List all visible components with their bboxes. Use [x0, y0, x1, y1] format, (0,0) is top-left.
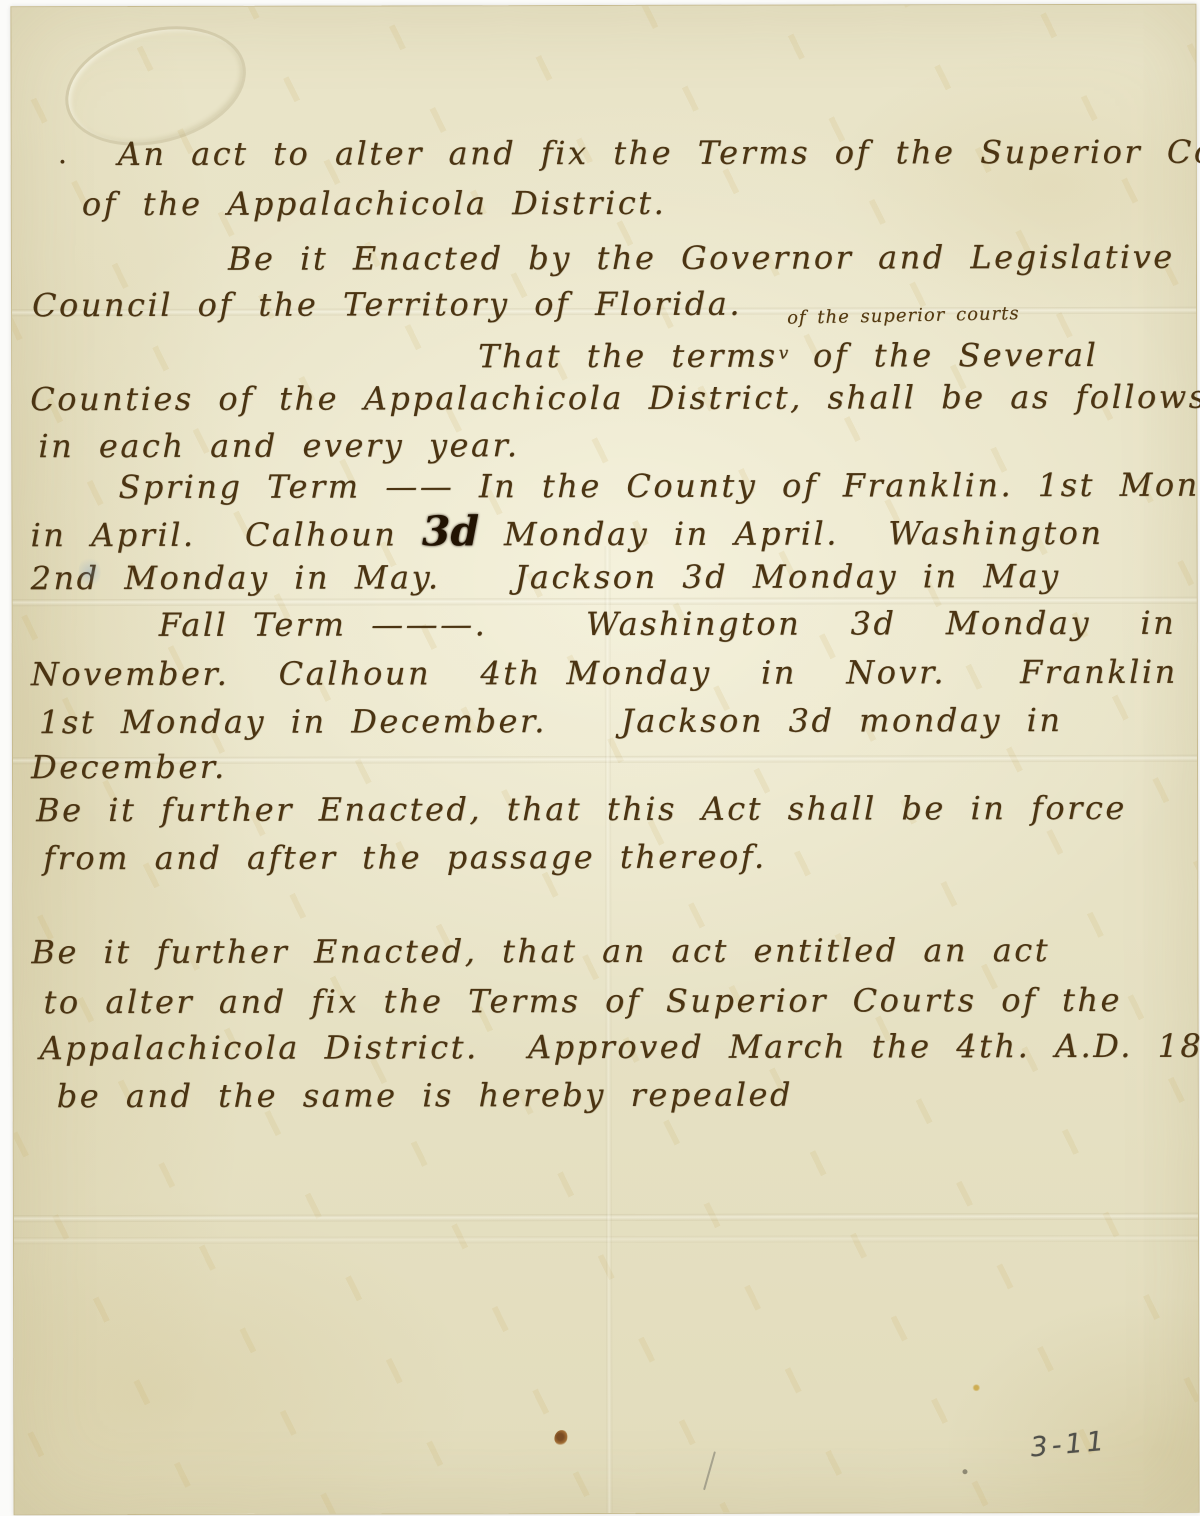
manuscript-line-19: Appalachicola District. Approved March t…	[40, 1026, 1200, 1069]
manuscript-line-8: Spring Term —— In the County of Franklin…	[118, 465, 1200, 507]
line5-post: of the Several	[788, 336, 1098, 375]
line9-post: Monday in April. Washington	[504, 514, 1104, 553]
archival-number: 3-11	[1029, 1426, 1109, 1464]
manuscript-line-14: December.	[31, 747, 227, 787]
manuscript-line-1: An act to alter and fix the Terms of the…	[118, 132, 1200, 174]
manuscript-line-11: Fall Term ———. Washington 3d Monday in	[159, 603, 1177, 645]
line5-pre: That the terms	[478, 337, 778, 376]
fold-crease	[14, 1213, 1198, 1222]
manuscript-line-4: Council of the Territory of Florida.	[32, 284, 742, 325]
manuscript-line-7: in each and every year.	[38, 425, 519, 466]
manuscript-line-18: to alter and fix the Terms of Superior C…	[43, 980, 1122, 1022]
manuscript-line-15: Be it further Enacted, that this Act sha…	[36, 788, 1127, 830]
manuscript-line-12: November. Calhoun 4th Monday in Novr. Fr…	[31, 652, 1178, 694]
manuscript-line-17: Be it further Enacted, that an act entit…	[31, 930, 1050, 972]
paper-speck	[972, 1384, 980, 1391]
document-page: · An act to alter and fix the Terms of t…	[10, 4, 1199, 1515]
manuscript-line-10: 2nd Monday in May. Jackson 3d Monday in …	[31, 556, 1061, 598]
line9-pre: in April. Calhoun	[30, 515, 397, 554]
manuscript-line-13: 1st Monday in December. Jackson 3d monda…	[39, 700, 1063, 742]
manuscript-line-16: from and after the passage thereof.	[43, 837, 766, 879]
fold-crease	[14, 1235, 1198, 1244]
manuscript-line-2: of the Appalachicola District.	[82, 183, 667, 224]
manuscript-line-20: be and the same is hereby repealed	[57, 1075, 793, 1117]
ink-dot-marker: ·	[58, 145, 68, 180]
blotted-ordinal: 3d	[422, 507, 479, 555]
insertion-caret-mark: v	[779, 344, 789, 364]
paper-speck	[962, 1469, 967, 1474]
blue-smudge	[79, 555, 101, 589]
ink-stain	[554, 1430, 567, 1445]
pencil-slash-mark	[703, 1451, 716, 1490]
interlinear-insertion: of the superior courts	[787, 303, 1020, 329]
manuscript-line-5: That the termsv of the Several	[478, 333, 1098, 376]
manuscript-line-6: Counties of the Appalachicola District, …	[30, 377, 1200, 419]
manuscript-line-9: in April. Calhoun 3d Monday in April. Wa…	[30, 510, 1103, 555]
manuscript-line-3: Be it Enacted by the Governor and Legisl…	[228, 237, 1175, 279]
